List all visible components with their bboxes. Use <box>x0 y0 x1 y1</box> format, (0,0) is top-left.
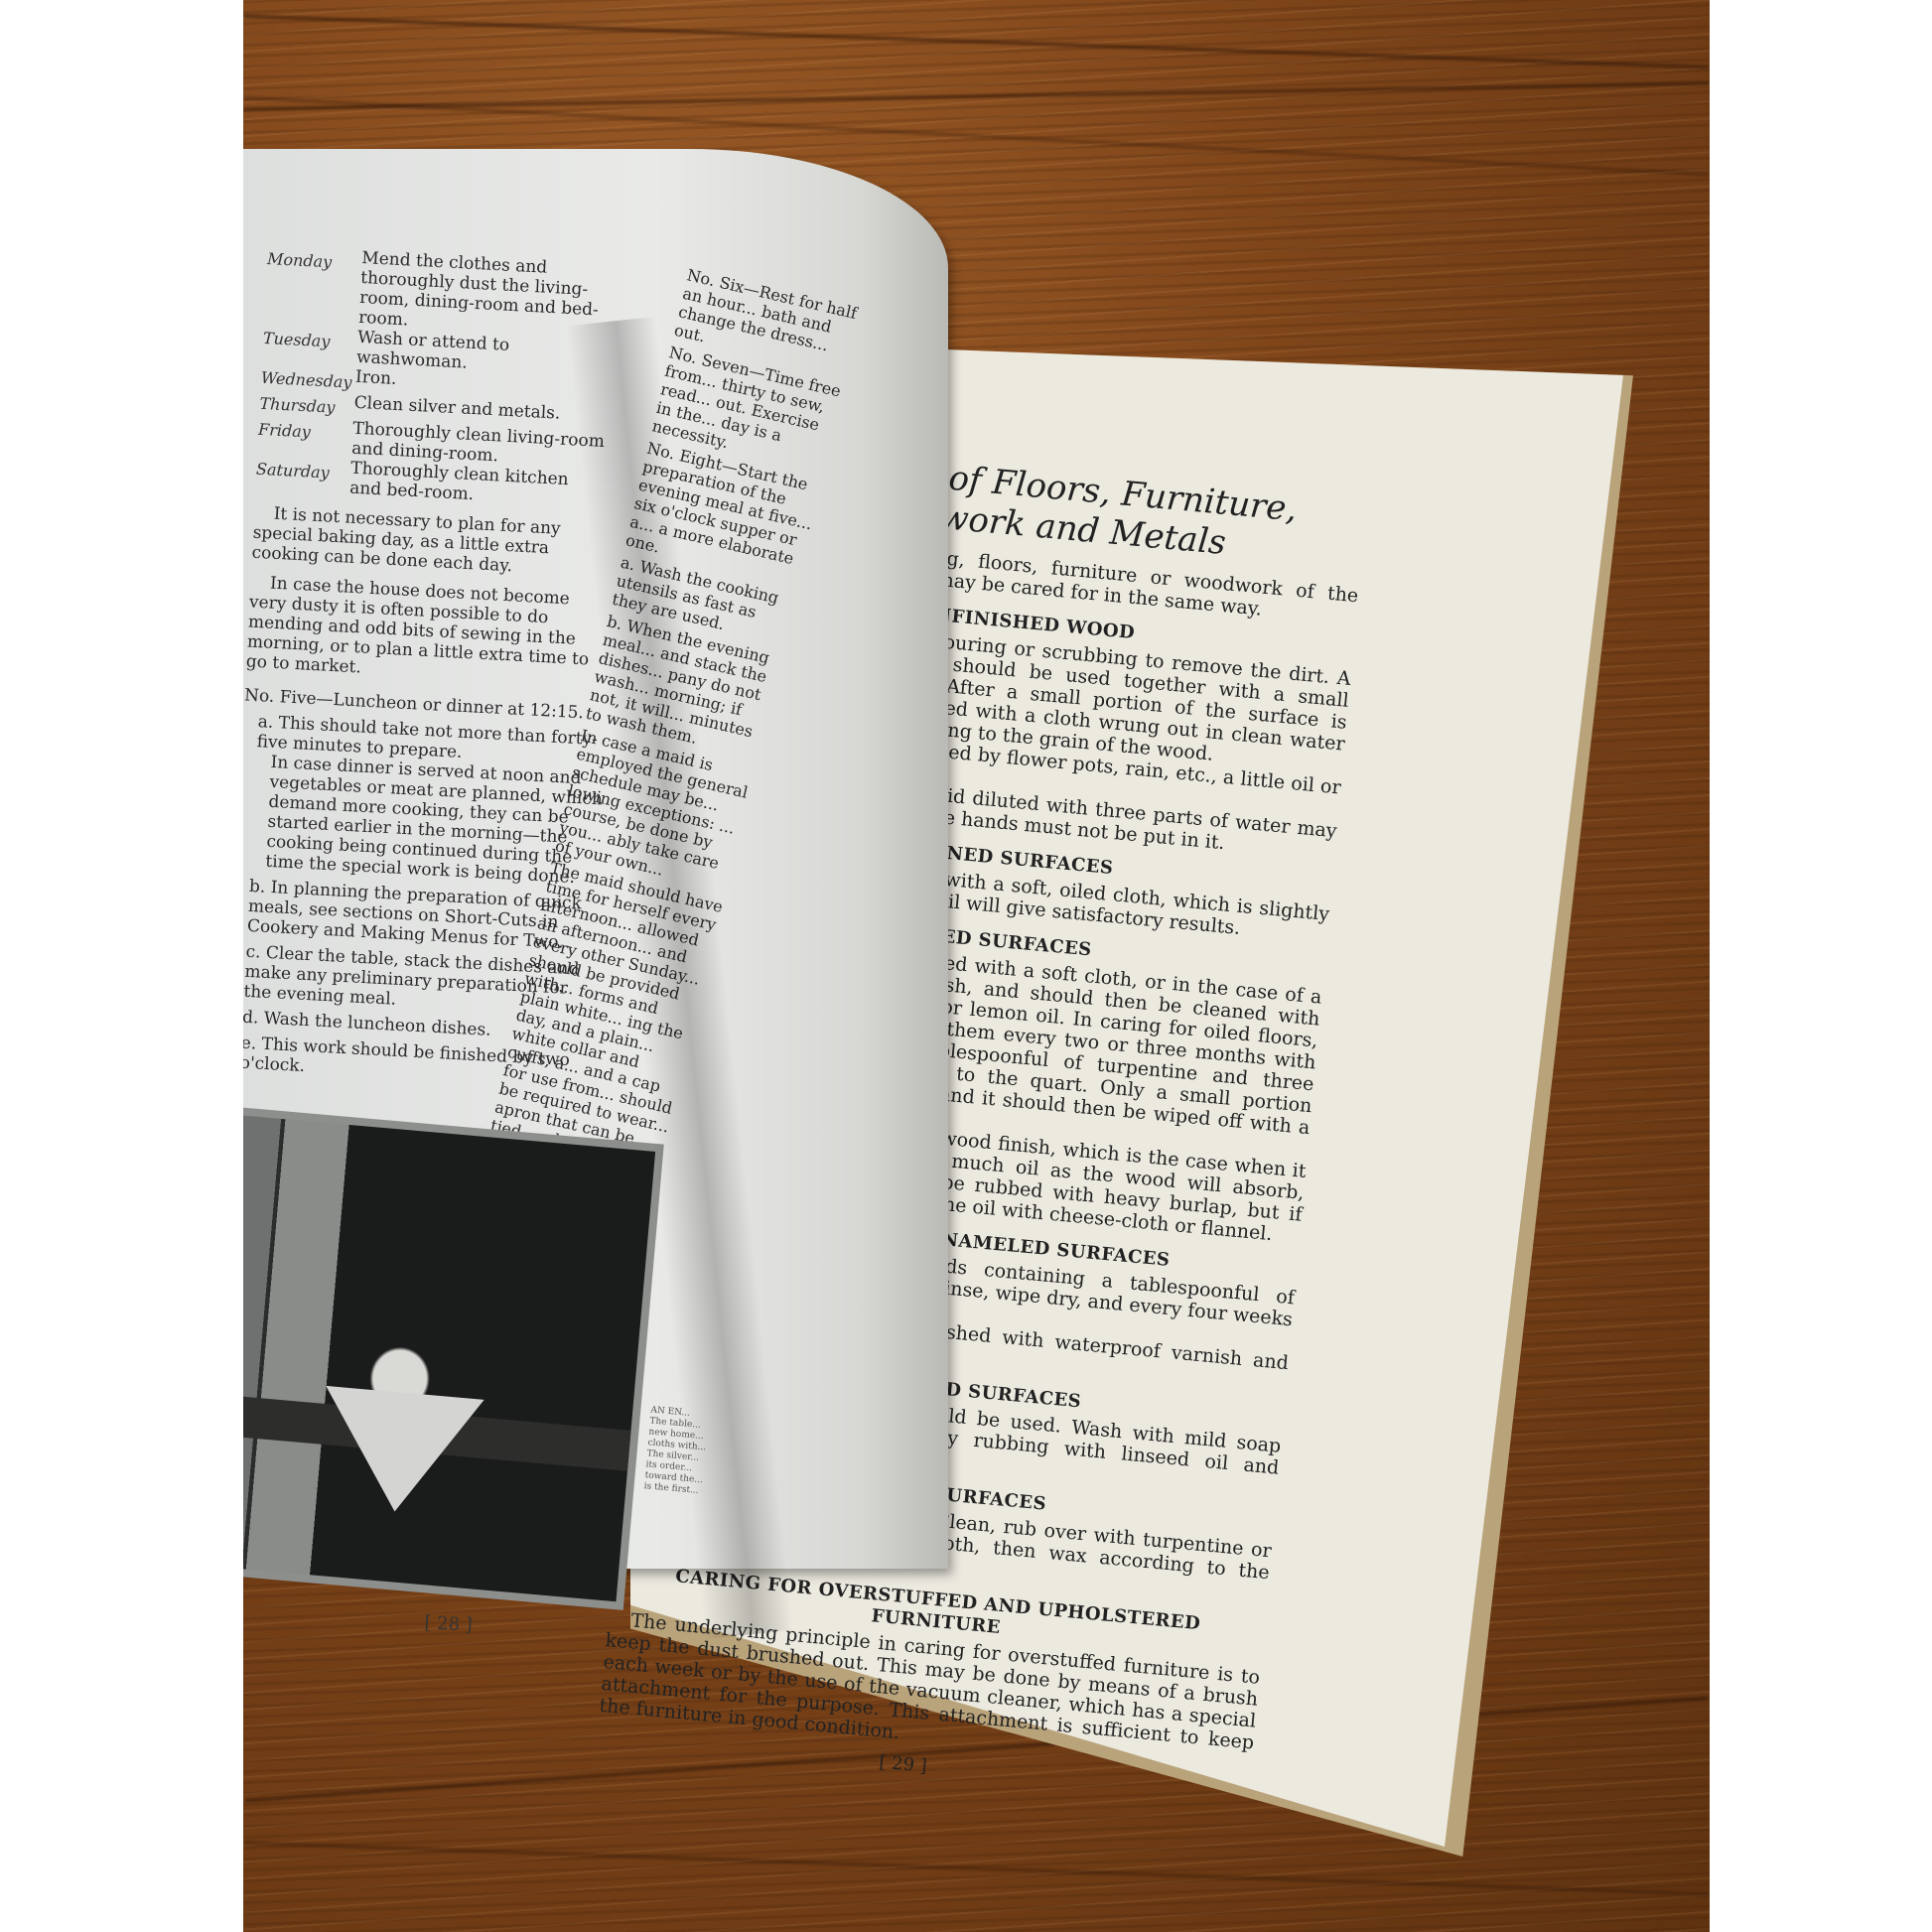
photo-image <box>243 1114 655 1601</box>
left-page-clip: MondayMend the clothes and thoroughly du… <box>243 0 1710 1932</box>
page-number-left: [ 28 ] <box>424 1613 473 1636</box>
day-label: Monday <box>264 243 362 328</box>
left-page-content: MondayMend the clothes and thoroughly du… <box>243 243 823 1101</box>
left-page: MondayMend the clothes and thoroughly du… <box>243 149 948 1569</box>
paragraph: It is not necessary to plan for any spec… <box>251 503 612 582</box>
day-label: Friday <box>257 414 353 459</box>
dining-table-photo <box>243 1106 664 1610</box>
figure-caption: AN EN... The table...new home...cloths w… <box>643 1405 730 1499</box>
tablecloth-shape <box>316 1386 484 1518</box>
day-label: Saturday <box>255 454 351 498</box>
day-label: Tuesday <box>262 323 358 367</box>
day-task: Mend the clothes and thoroughly dust the… <box>358 248 616 341</box>
paragraph: In case the house does not become very d… <box>245 573 608 691</box>
